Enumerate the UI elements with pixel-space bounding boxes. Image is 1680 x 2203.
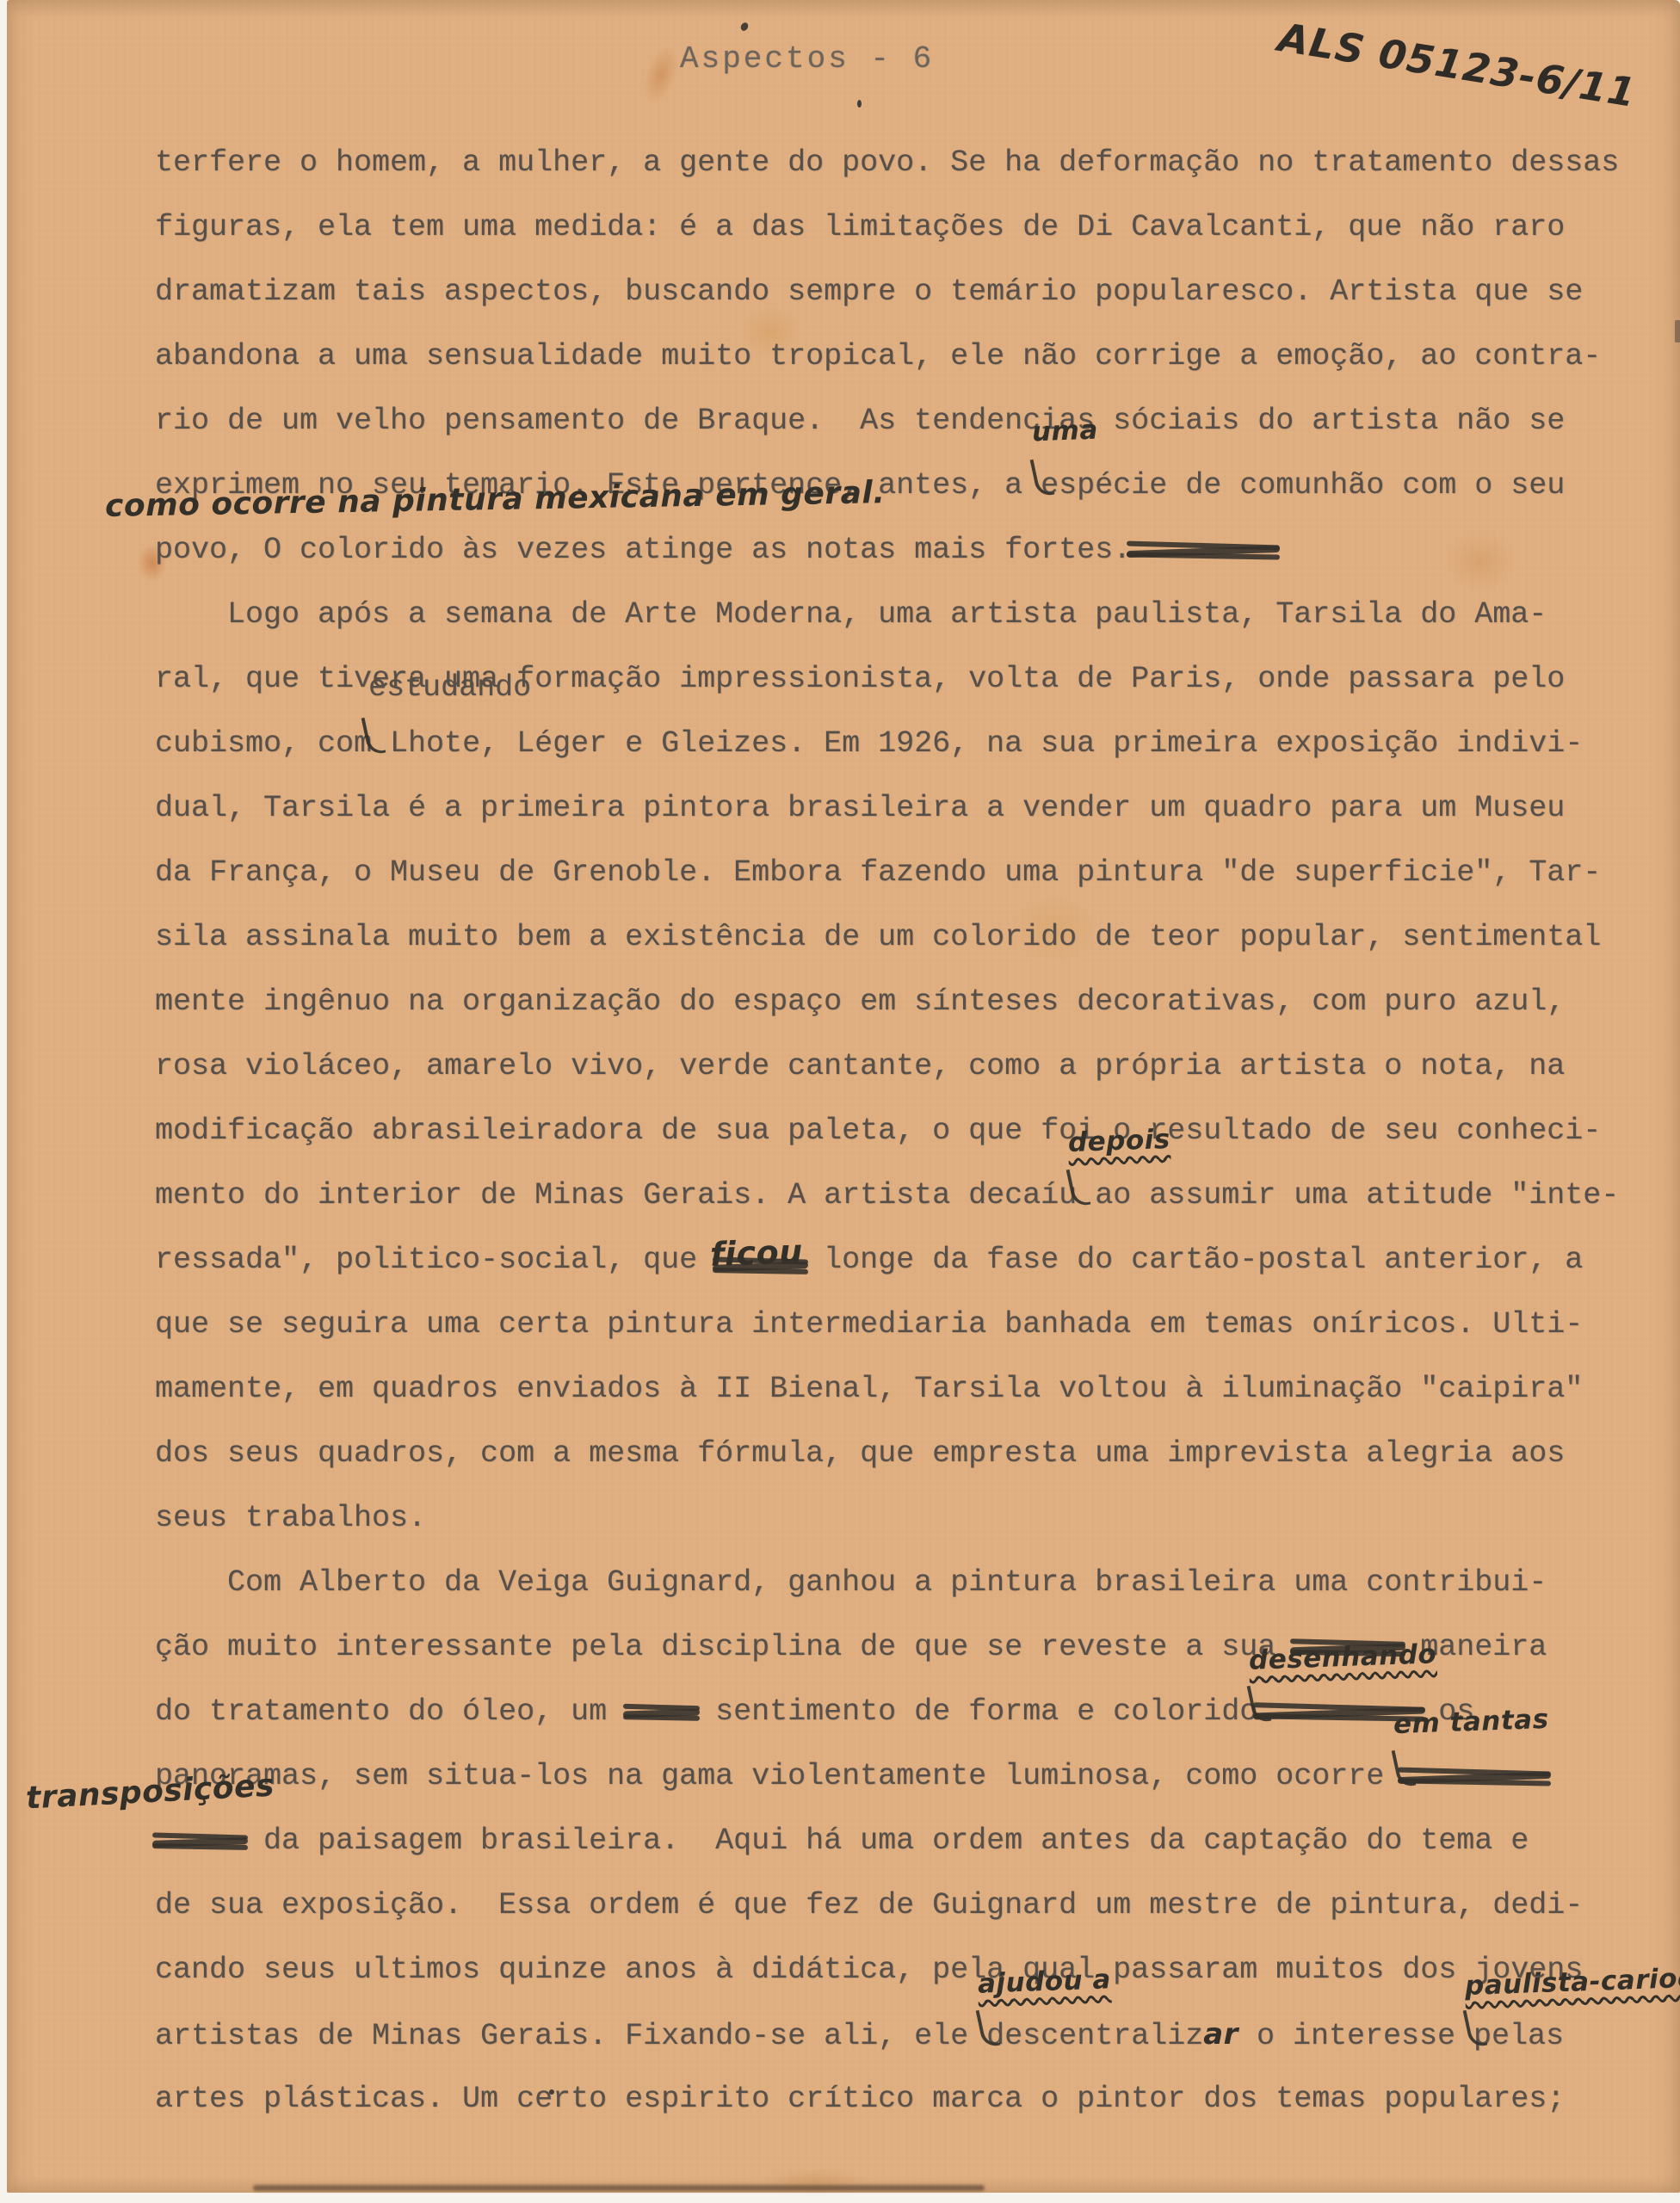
scan-edge-shadow (253, 2185, 985, 2191)
strikeout-scribble (1402, 1762, 1547, 1790)
typed-text: dramatizam tais aspectos, buscando sempr… (155, 275, 1583, 309)
typed-text: do tratamento do óleo, um (155, 1694, 625, 1729)
text-line: cando seus ultimos quinze anos à didátic… (155, 1938, 1652, 2002)
typed-text: ral, que tivera uma formação impressioni… (155, 662, 1565, 696)
scribble-stroke (1398, 1779, 1551, 1786)
typed-text: da paisagem brasileira. Aqui há uma orde… (245, 1823, 1529, 1858)
page-title: Aspectos - 6 (680, 41, 934, 77)
typescript-body: terfere o homem, a mulher, a gente do po… (155, 131, 1652, 2132)
typed-text: sila assinala muito bem a existência de … (155, 920, 1601, 954)
text-line: artes plásticas. Um certo espirito críti… (155, 2067, 1652, 2132)
typed-text: que se seguira uma certa pintura interme… (155, 1307, 1583, 1342)
text-line: da França, o Museu de Grenoble. Embora f… (155, 841, 1652, 905)
ink-speck (857, 100, 862, 108)
text-line: artistas de Minas Gerais. Fixando-se ali… (155, 2002, 1652, 2067)
text-line: dual, Tarsila é a primeira pintora brasi… (155, 776, 1652, 841)
handwritten-insertion: desenhando (1248, 1622, 1438, 1694)
handwritten-insertion: transposições (24, 1753, 276, 1830)
typed-text: pelas (1473, 2019, 1564, 2053)
text-line: dos seus quadros, com a mesma fórmula, q… (155, 1422, 1652, 1486)
text-line: rio de um velho pensamento de Braque. As… (155, 389, 1652, 454)
handwritten-insertion: ajudou a (977, 1947, 1112, 2016)
paper-stain (764, 2169, 868, 2194)
typed-text: Lhote, Léger e Gleizes. Em 1926, na sua … (372, 726, 1583, 761)
text-line: abandona a uma sensualidade muito tropic… (155, 324, 1652, 389)
text-line: figuras, ela tem uma medida: é a das lim… (155, 195, 1652, 260)
text-line: modificação abrasileiradora de sua palet… (155, 1099, 1652, 1163)
text-line: mamente, em quadros enviados à II Bienal… (155, 1357, 1652, 1422)
ink-speck (1675, 320, 1680, 342)
text-line: como ocorre na pintura mexicana em geral… (155, 518, 1652, 583)
handwritten-insertion: como ocorre na pintura mexicana em geral… (104, 460, 886, 539)
text-line: Logo após a semana de Arte Moderna, uma … (155, 583, 1652, 647)
typed-text: mento do interior de Minas Gerais. A art… (155, 1178, 1077, 1213)
text-line: mente ingênuo na organização do espaço e… (155, 970, 1652, 1034)
typed-text: ção muito interessante pela disciplina d… (155, 1630, 1294, 1664)
text-line: que se seguira uma certa pintura interme… (155, 1293, 1652, 1357)
handwritten-insertion: em tantas (1393, 1688, 1550, 1757)
text-line: terfere o homem, a mulher, a gente do po… (155, 131, 1652, 195)
typed-text: artes plásticas. Um certo espirito críti… (155, 2082, 1565, 2116)
handwritten-insertion: depois (1067, 1108, 1171, 1176)
typed-text: modificação abrasileiradora de sua palet… (155, 1114, 1601, 1148)
typed-text: rio de um velho pensamento de Braque. As… (155, 404, 1565, 438)
text-line: dramatizam tais aspectos, buscando sempr… (155, 260, 1652, 324)
strikeout-scribble (625, 1698, 697, 1725)
paper-sheet: Aspectos - 6 ALS 05123-6/11 terfere o ho… (7, 0, 1680, 2193)
typed-text: Logo após a semana de Arte Moderna, uma … (227, 597, 1547, 632)
typed-text: dos seus quadros, com a mesma fórmula, q… (155, 1436, 1565, 1471)
handwritten-catalog-number: ALS 05123-6/11 (1275, 14, 1640, 116)
typed-text: dual, Tarsila é a primeira pintora brasi… (155, 791, 1565, 825)
typed-text: abandona a uma sensualidade muito tropic… (155, 339, 1601, 373)
handwritten-correction: ar (1203, 2017, 1238, 2052)
scribble-stroke (152, 1843, 248, 1850)
text-line: cubismo, comestudando Lhote, Léger e Gle… (155, 712, 1652, 776)
typed-text: longe da fase do cartão-postal anterior,… (806, 1243, 1583, 1277)
typed-text: cubismo, com (155, 726, 372, 761)
typed-text: Com Alberto da Veiga Guignard, ganhou a … (227, 1565, 1547, 1600)
handwritten-insertion: estudando (368, 656, 531, 720)
text-line: rosa violáceo, amarelo vivo, verde canta… (155, 1034, 1652, 1099)
scanned-manuscript-page: { "page": { "header_title": "Aspectos - … (0, 0, 1680, 2203)
text-line: sila assinala muito bem a existência de … (155, 905, 1652, 970)
text-line: panoramas, sem situa-los na gama violent… (155, 1744, 1652, 1809)
scribble-stroke (623, 1715, 700, 1722)
typed-text: artistas de Minas Gerais. Fixando-se ali… (155, 2019, 986, 2053)
typed-text: de sua exposição. Essa ordem é que fez d… (155, 1888, 1583, 1922)
typed-text: panoramas, sem situa-los na gama violent… (155, 1759, 1402, 1793)
typed-text: cando seus ultimos quinze anos à didátic… (155, 1953, 1583, 1987)
typed-text: rosa violáceo, amarelo vivo, verde canta… (155, 1049, 1565, 1083)
handwritten-insertion: paulista-carioca (1464, 1946, 1680, 2019)
paper-stain (636, 41, 686, 108)
handwriting-over-strikeout: ficou (715, 1233, 806, 1261)
strikeout-scribble (1131, 536, 1275, 564)
strikeout-scribble (155, 1827, 245, 1854)
typed-text: seus trabalhos. (155, 1501, 426, 1535)
text-line: ressada", politico-social, que ficou lon… (155, 1228, 1652, 1293)
text-line: Com Alberto da Veiga Guignard, ganhou a … (155, 1551, 1652, 1615)
ink-speck (739, 22, 750, 33)
typed-text: da França, o Museu de Grenoble. Embora f… (155, 855, 1601, 890)
text-line: mento do interior de Minas Gerais. A art… (155, 1163, 1652, 1228)
handwritten-correction: ficou (709, 1219, 804, 1287)
typed-text: figuras, ela tem uma medida: é a das lim… (155, 210, 1565, 244)
typed-text: sentimento de forma e colorido (697, 1694, 1257, 1729)
scribble-stroke (1127, 552, 1280, 560)
typed-text: descentraliz (986, 2019, 1203, 2053)
typed-text: terfere o homem, a mulher, a gente do po… (155, 145, 1619, 180)
typed-text: povo, O colorido às vezes atinge as nota… (155, 533, 1131, 567)
text-line: de sua exposição. Essa ordem é que fez d… (155, 1873, 1652, 1938)
typed-text: ressada", politico-social, que (155, 1243, 715, 1277)
text-line: transposições da paisagem brasileira. Aq… (155, 1809, 1652, 1873)
handwritten-insertion: uma (1031, 398, 1099, 466)
typed-text: o interesse (1238, 2019, 1473, 2053)
typed-text: espécie de comunhão com o seu (1041, 468, 1565, 503)
text-line: seus trabalhos. (155, 1486, 1652, 1551)
typed-text: mente ingênuo na organização do espaço e… (155, 984, 1565, 1019)
typed-text: ao assumir uma atitude "inte- (1077, 1178, 1619, 1213)
typed-text: mamente, em quadros enviados à II Bienal… (155, 1372, 1583, 1406)
